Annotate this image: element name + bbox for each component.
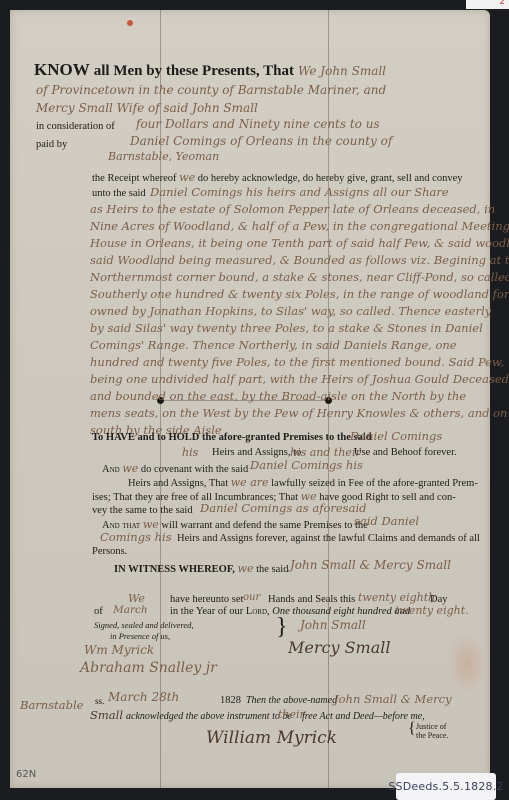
grantors-line-2: of Provincetown in the county of Barnsta… [36, 83, 386, 97]
witness-line: IN WITNESS WHEREOF, we the said [114, 562, 288, 575]
signer-mercy: Mercy Small [288, 638, 391, 657]
description-line-1: Daniel Comings his heirs and Assigns all… [150, 185, 449, 199]
year-line: in the Year of our Lord, One thousand ei… [170, 606, 410, 617]
description-line-12: being one undivided half part, with the … [90, 372, 509, 386]
convey-grantee: Daniel Comings as aforesaid [200, 501, 366, 515]
ack-text: acknowledged the above instrument to be [126, 711, 292, 722]
wax-seal-stain [447, 632, 487, 696]
signed-sealed-label: Signed, sealed and delivered, [94, 620, 194, 630]
corner-tag: 2 [466, 0, 509, 9]
of-label: of [94, 606, 103, 617]
corner-mark: 2 [499, 0, 505, 7]
convey-label: vey the same to the said [92, 505, 193, 516]
catalog-label: SSDeeds.5.5.1828.2 [396, 773, 496, 800]
ack-names-1: John Small & Mercy [334, 692, 452, 706]
day-written: twenty eighth [358, 591, 435, 604]
witness-2-signature: Abraham Snalley jr [80, 660, 217, 676]
description-line-3: Nine Acres of Woodland, & half of a Pew,… [90, 219, 509, 233]
description-line-6: Northernmost corner bound, a stake & sto… [90, 270, 509, 284]
covenant-line-2: Heirs and Assigns, That we are lawfully … [128, 476, 478, 489]
warrant-grantee: said Daniel [354, 514, 419, 528]
county-written: Barnstable [20, 698, 83, 712]
pencil-note: 62N [16, 769, 36, 780]
paid-by-label: paid by [36, 139, 67, 150]
description-line-11: hundred and twenty five Poles, to the fi… [90, 355, 504, 369]
their-written: their [278, 708, 305, 721]
description-line-2: as Heirs to the estate of Solomon Pepper… [90, 202, 495, 216]
ack-date: March 28th [108, 690, 179, 704]
know-heading: KNOW [34, 60, 90, 79]
justice-signature: William Myrick [206, 728, 337, 748]
year-written: twenty eight. [395, 604, 469, 617]
header-line-1: KNOW all Men by these Presents, That We … [34, 60, 386, 80]
covenant-line-1: And we do covenant with the said [102, 462, 248, 475]
ss-label: ss. [95, 696, 104, 706]
payer-line-2: Barnstable, Yeoman [108, 150, 219, 163]
hands-seals: Hands and Seals this [268, 594, 355, 605]
description-line-10: Comings' Range. Thence Northerly, in sai… [90, 338, 457, 352]
justice-label-1: Justice of [416, 722, 446, 731]
red-mark [127, 20, 133, 26]
in-presence-label: in Presence of us, [110, 631, 170, 641]
ack-names-2: Small [90, 708, 123, 722]
description-line-8: owned by Jonathan Hopkins, to Silas' way… [90, 304, 491, 318]
payer-line-1: Daniel Comings of Orleans in the county … [130, 134, 392, 148]
witness-names: John Small & Mercy Small [290, 558, 451, 572]
presents-heading: all Men by these Presents, That [94, 63, 294, 79]
description-line-14: mens seats, on the West by the Pew of He… [90, 406, 509, 420]
grantors-line-1: We John Small [298, 64, 386, 78]
consideration-amount: four Dollars and Ninety nine cents to us [136, 117, 380, 131]
description-line-9: by said Silas' way twenty three Poles, t… [90, 321, 483, 335]
signer-john: John Small [300, 618, 366, 632]
justice-label-2: the Peace. [416, 731, 448, 740]
persons-label: Persons. [92, 546, 127, 557]
description-line-5: said Woodland being measured, & Bounded … [90, 253, 509, 267]
use-behoof: Use and Behoof forever. [354, 447, 457, 458]
habendum-grantee: Daniel Comings [350, 429, 442, 443]
description-line-13: and bounded on the east, by the Broad-ai… [90, 389, 466, 403]
our-written: our [243, 592, 260, 603]
then-text: Then the above-named [246, 695, 337, 706]
free-act: free Act and Deed—before me, [302, 711, 425, 722]
covenant-grantee: Daniel Comings his [250, 458, 363, 472]
consideration-label: in consideration of [36, 121, 115, 132]
grantors-line-3: Mercy Small Wife of said John Small [36, 101, 258, 115]
description-line-4: House in Orleans, it being one Tenth par… [90, 236, 509, 250]
warrant-grantee-2: Comings his [100, 530, 172, 544]
heirs-assigns-label: Heirs and Assigns, to [212, 447, 301, 458]
receipt-line: the Receipt whereof we do hereby acknowl… [92, 171, 462, 184]
witness-1-signature: Wm Myrick [84, 643, 154, 657]
month-written: March [113, 604, 148, 616]
unto-label: unto the said [92, 188, 146, 199]
to-have-clause: To HAVE and to HOLD the afore-granted Pr… [92, 432, 372, 443]
description-line-7: Southerly one hundred & twenty six Poles… [90, 287, 509, 301]
have-set: have hereunto set [170, 594, 243, 605]
forever-clause: Heirs and Assigns forever, against the l… [177, 533, 480, 544]
justice-brace: { [408, 720, 416, 738]
ack-year: 1828 [220, 695, 241, 706]
signature-brace: } [276, 614, 288, 641]
habendum-his: his [182, 446, 198, 459]
